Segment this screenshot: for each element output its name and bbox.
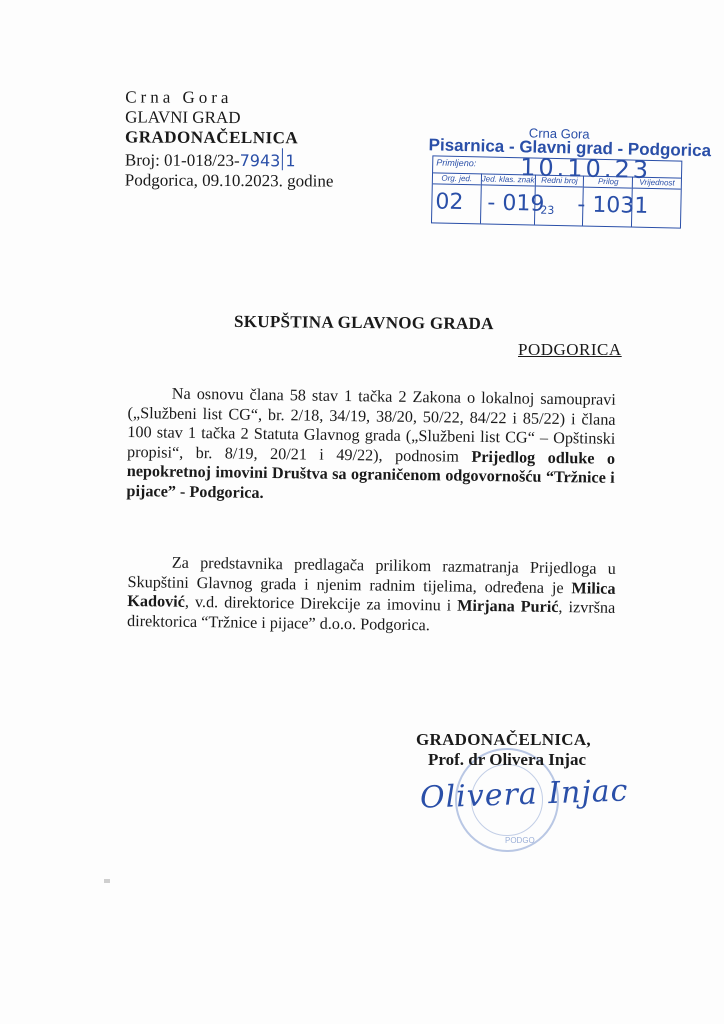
scan-artifact: [104, 879, 110, 883]
place-date: Podgorica, 09.10.2023. godine: [125, 170, 334, 191]
stamp-value-org: 02: [435, 189, 464, 215]
document-page: Crna Gora GLAVNI GRAD GRADONAČELNICA Bro…: [0, 0, 724, 1024]
country-name: Crna Gora: [125, 87, 334, 108]
stamp-value-class: - 019: [487, 191, 544, 217]
seal-text: PODGO: [505, 836, 535, 845]
reference-handwritten: 7943: [240, 151, 281, 170]
paragraph-legal-basis: Na osnovu člana 58 stav 1 tačka 2 Zakona…: [126, 384, 616, 508]
paragraph-representatives: Za predstavnika predlagača prilikom razm…: [127, 553, 616, 638]
stamp-received-date: 10.10.23: [520, 153, 651, 184]
reference-number: Broj: 01-018/23-79431: [125, 147, 334, 171]
signatory-name: Prof. dr Olivera Injac: [416, 750, 591, 770]
reference-suffix: 1: [285, 151, 295, 170]
city-administration: GLAVNI GRAD: [125, 107, 334, 128]
office-name: GRADONAČELNICA: [125, 127, 334, 148]
stamp-received-label: Primljeno:: [436, 157, 476, 168]
stamp-value-attachment: - 1031: [577, 192, 648, 218]
addressee: SKUPŠTINA GLAVNOG GRADA: [234, 312, 494, 334]
handwritten-divider: [282, 148, 283, 170]
handwritten-signature: Olivera Injac: [419, 773, 629, 815]
signature-block: GRADONAČELNICA, Prof. dr Olivera Injac: [416, 730, 591, 770]
stamp-value-serial: 23: [540, 204, 554, 217]
letterhead: Crna Gora GLAVNI GRAD GRADONAČELNICA Bro…: [125, 87, 334, 191]
representative-2: Mirjana Purić: [457, 597, 559, 616]
registry-stamp: Crna Gora Pisarnica - Glavni grad - Podg…: [427, 123, 687, 228]
signatory-role: GRADONAČELNICA,: [416, 730, 591, 750]
reference-prefix: Broj: 01-018/23-: [125, 150, 240, 170]
addressee-city: PODGORICA: [518, 340, 622, 360]
